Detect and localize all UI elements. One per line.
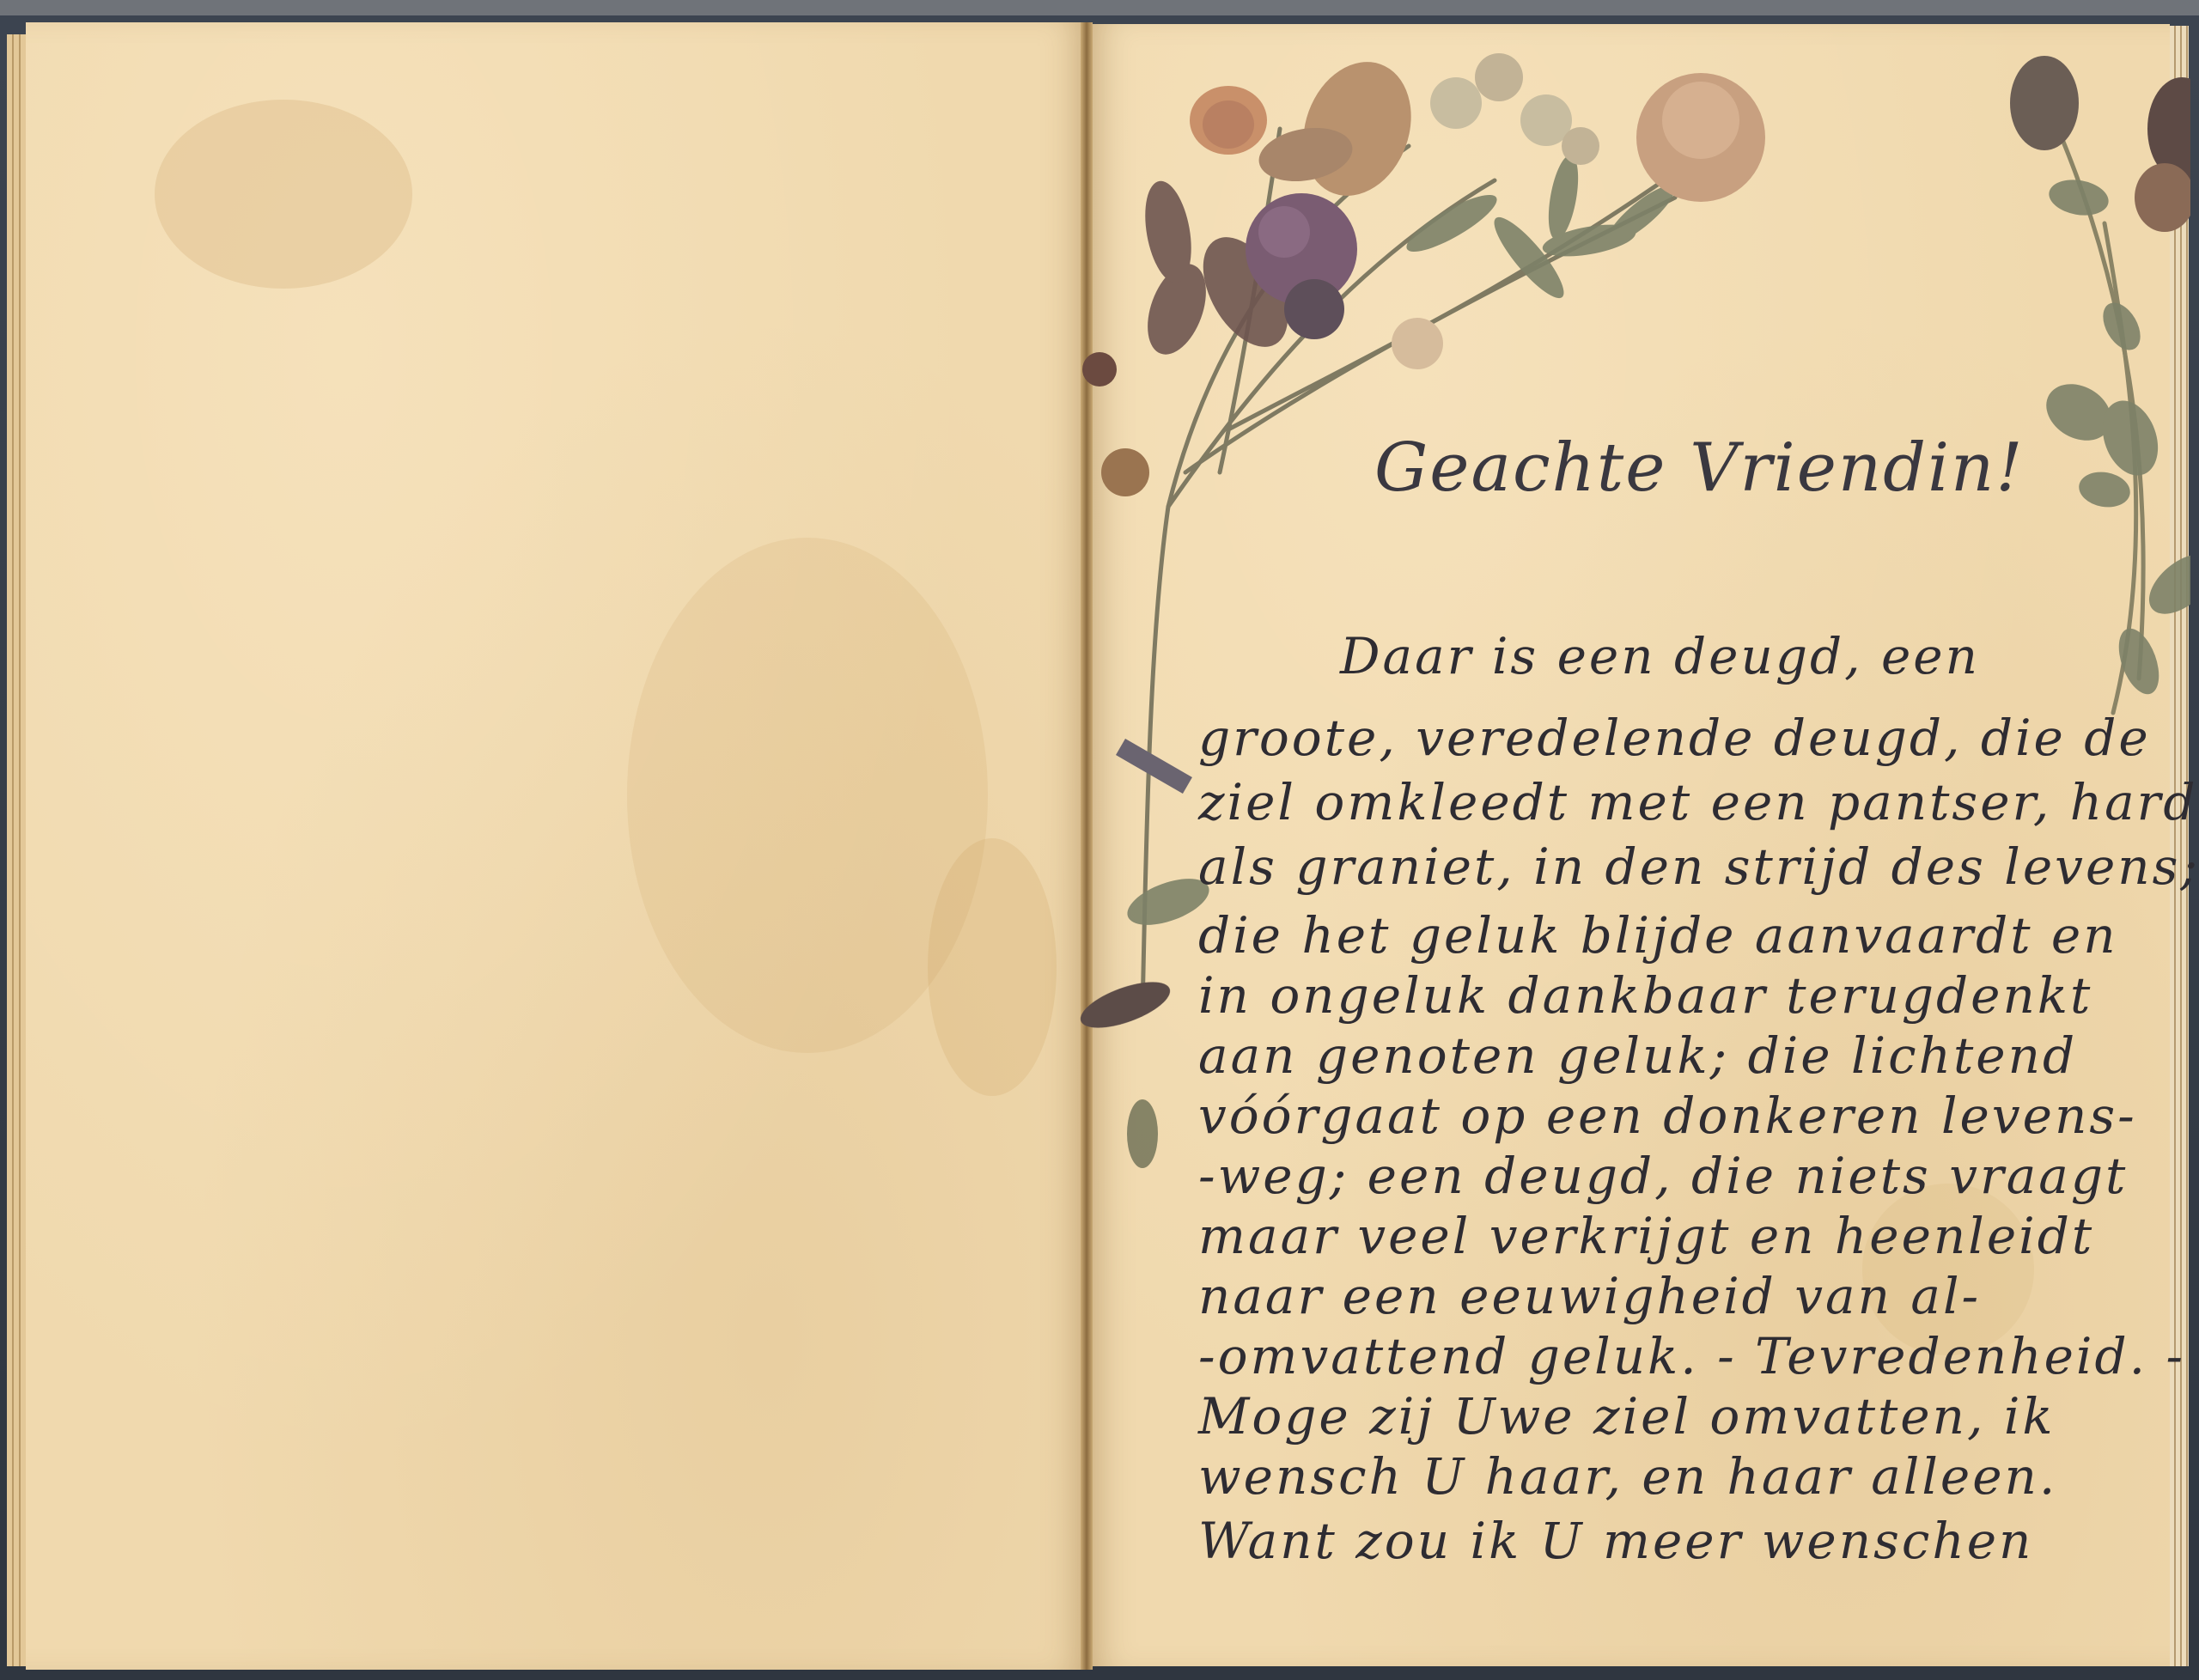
text-line: naar een eeuwigheid van al- (1198, 1267, 1981, 1325)
left-page (26, 22, 1087, 1670)
paper-stain (928, 838, 1057, 1096)
text-line: vóórgaat op een donkeren levens- (1198, 1087, 2137, 1145)
text-line: ziel omkleedt met een pantser, hard (1198, 773, 2198, 831)
text-line: als graniet, in den strijd des levens; (1198, 837, 2199, 896)
text-line: Daar is een deugd, een (1340, 627, 1980, 685)
text-line: -omvattend geluk. - Tevredenheid. - (1198, 1327, 2185, 1385)
text-line: die het geluk blijde aanvaardt en (1198, 906, 2118, 965)
text-line: Want zou ik U meer wenschen (1198, 1512, 2033, 1570)
text-line: in ongeluk dankbaar terugdenkt (1198, 966, 2092, 1025)
text-line: -weg; een deugd, die niets vraagt (1198, 1147, 2128, 1205)
text-line: groote, veredelende deugd, die de (1198, 709, 2151, 767)
letter-greeting: Geachte Vriendin! (1374, 429, 2025, 507)
text-line: aan genoten geluk; die lichtend (1198, 1026, 2077, 1085)
text-line: wensch U haar, en haar alleen. (1198, 1447, 2057, 1506)
paper-stain (155, 100, 412, 289)
text-line: maar veel verkrijgt en heenleidt (1198, 1207, 2094, 1265)
text-line: Moge zij Uwe ziel omvatten, ik (1198, 1387, 2056, 1446)
